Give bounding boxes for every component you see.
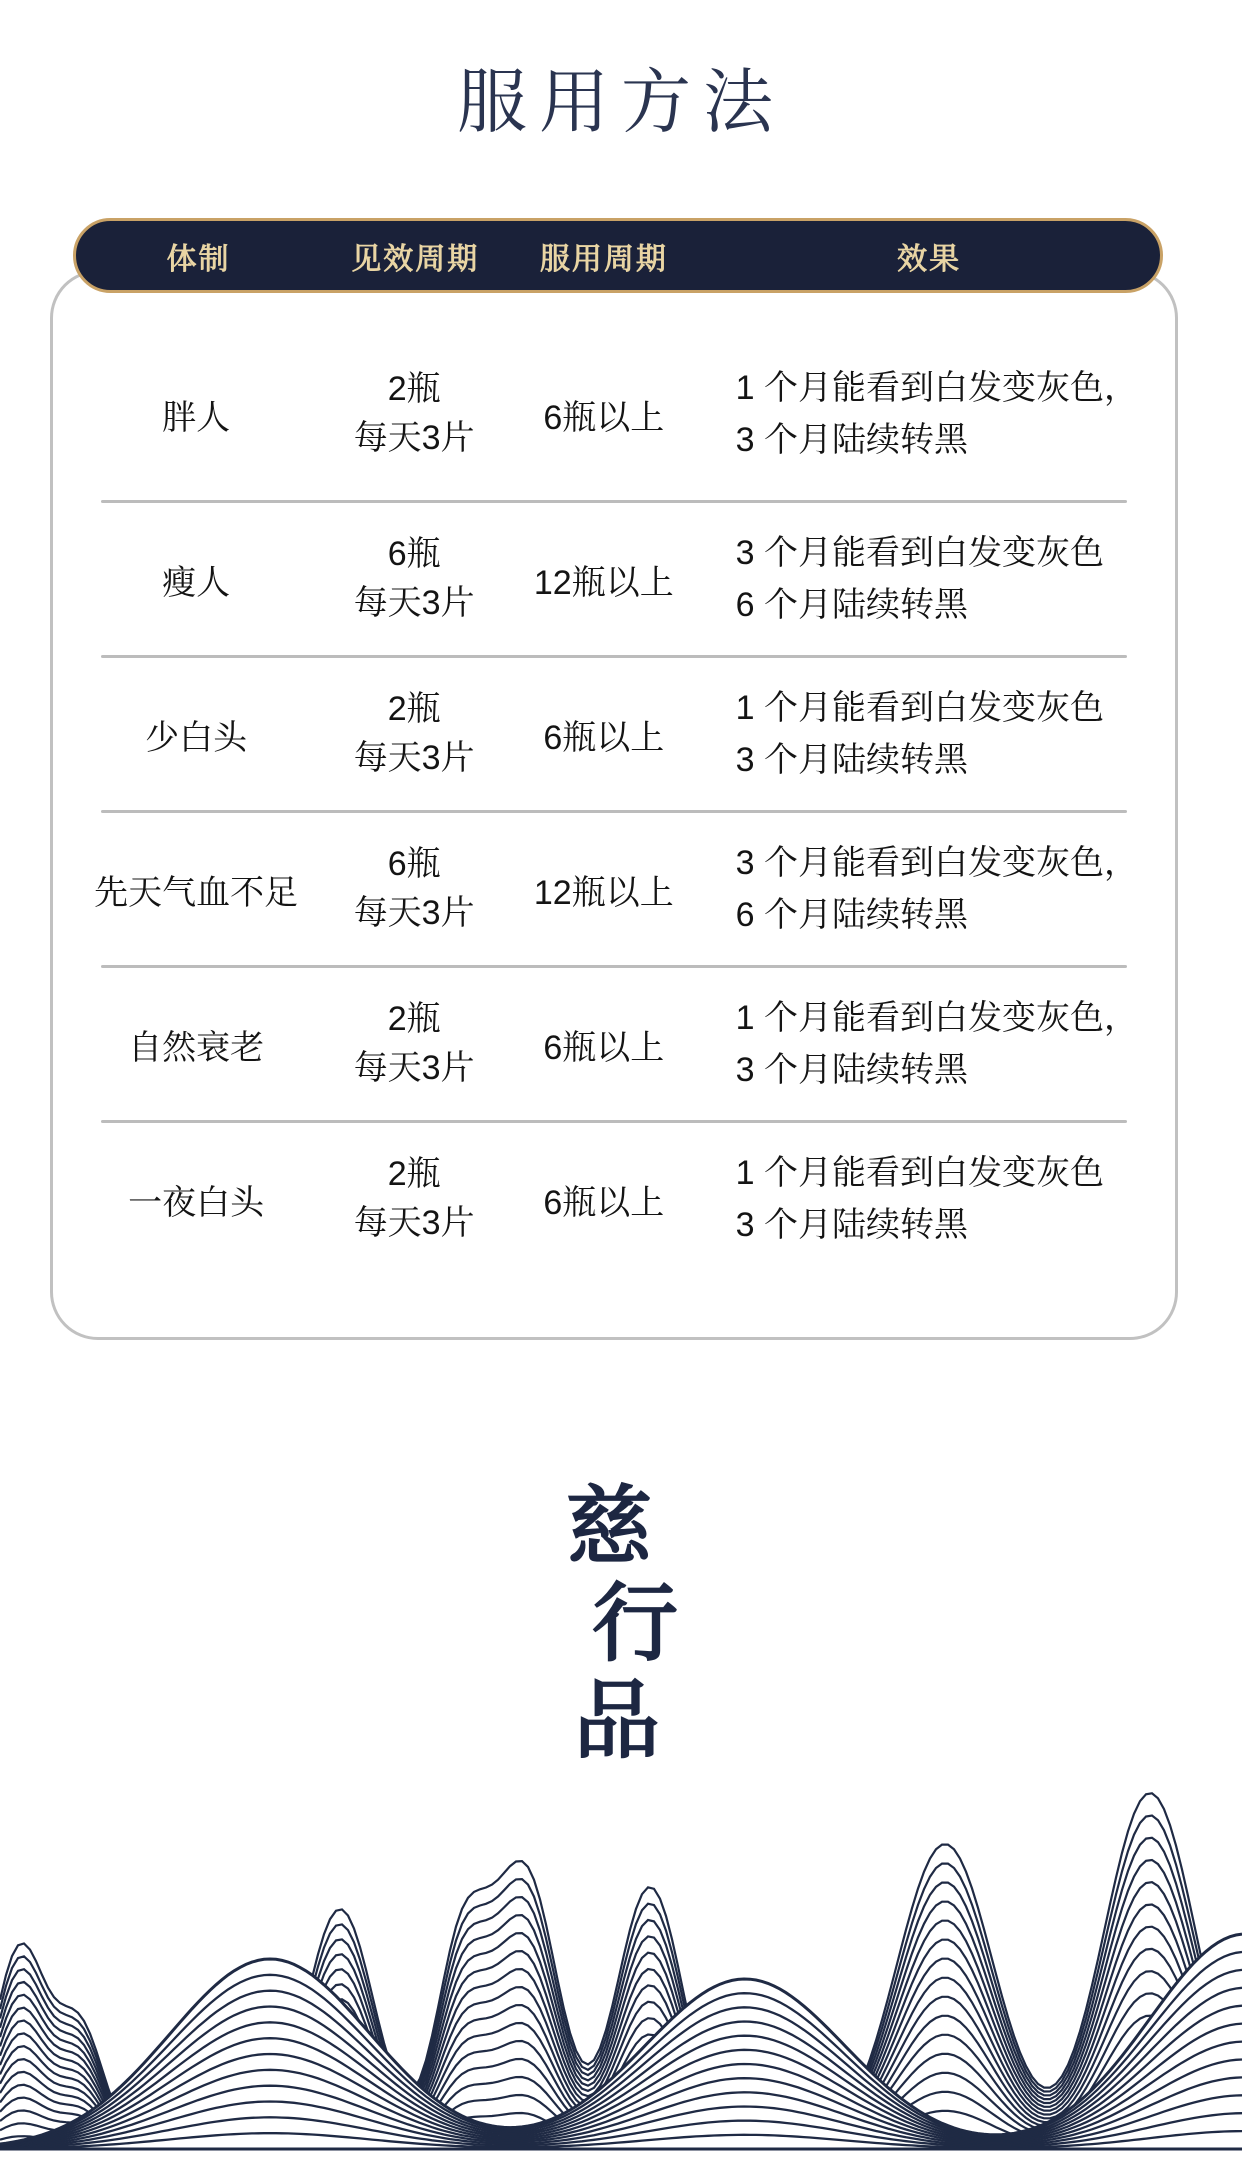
effect-line-2: 3 个月陆续转黑 (736, 1199, 1163, 1251)
onset-line-1: 2瓶 (319, 365, 509, 414)
table-row: 一夜白头 2瓶 每天3片 6瓶以上 1 个月能看到白发变灰色 3 个月陆续转黑 (73, 1123, 1163, 1275)
logo-char-pin: 品 (574, 1672, 660, 1769)
cell-onset-cycle: 2瓶 每天3片 (319, 365, 509, 463)
header-onset-cycle: 见效周期 (321, 234, 510, 278)
onset-line-2: 每天3片 (319, 579, 509, 628)
onset-line-1: 2瓶 (319, 1150, 509, 1199)
brand-logo: 慈 行 品 (0, 1478, 1242, 1769)
cell-dosage-cycle: 6瓶以上 (509, 390, 699, 439)
cell-effect: 3 个月能看到白发变灰色， 6 个月陆续转黑 (699, 837, 1163, 941)
effect-line-2: 3 个月陆续转黑 (736, 414, 1163, 466)
cell-body-type: 一夜白头 (73, 1175, 319, 1224)
onset-line-2: 每天3片 (319, 1044, 509, 1093)
cell-dosage-cycle: 12瓶以上 (509, 555, 699, 604)
effect-line-1: 1 个月能看到白发变灰色， (736, 362, 1163, 414)
cell-onset-cycle: 6瓶 每天3片 (319, 840, 509, 938)
cell-onset-cycle: 2瓶 每天3片 (319, 685, 509, 783)
effect-line-2: 6 个月陆续转黑 (736, 889, 1163, 941)
onset-line-1: 6瓶 (319, 840, 509, 889)
cell-dosage-cycle: 6瓶以上 (509, 1020, 699, 1069)
effect-line-2: 3 个月陆续转黑 (736, 1044, 1163, 1096)
wave-pattern-decoration (0, 1790, 1242, 2157)
cell-onset-cycle: 6瓶 每天3片 (319, 530, 509, 628)
table-row: 瘦人 6瓶 每天3片 12瓶以上 3 个月能看到白发变灰色 6 个月陆续转黑 (73, 503, 1163, 655)
cell-body-type: 自然衰老 (73, 1020, 319, 1069)
cell-effect: 3 个月能看到白发变灰色 6 个月陆续转黑 (699, 527, 1163, 631)
logo-char-xing: 行 (592, 1575, 678, 1672)
table-row: 少白头 2瓶 每天3片 6瓶以上 1 个月能看到白发变灰色 3 个月陆续转黑 (73, 658, 1163, 810)
header-effect: 效果 (698, 234, 1160, 278)
onset-line-1: 2瓶 (319, 685, 509, 734)
table-row: 先天气血不足 6瓶 每天3片 12瓶以上 3 个月能看到白发变灰色， 6 个月陆… (73, 813, 1163, 965)
usage-table-card: 体制 见效周期 服用周期 效果 胖人 2瓶 每天3片 6瓶以上 1 个月能看到白… (50, 270, 1178, 1340)
cell-dosage-cycle: 6瓶以上 (509, 1175, 699, 1224)
cell-onset-cycle: 2瓶 每天3片 (319, 1150, 509, 1248)
wave-contour-lines-art (0, 1790, 1242, 2157)
effect-line-1: 3 个月能看到白发变灰色 (736, 527, 1163, 579)
cell-effect: 1 个月能看到白发变灰色， 3 个月陆续转黑 (699, 992, 1163, 1096)
table-row: 自然衰老 2瓶 每天3片 6瓶以上 1 个月能看到白发变灰色， 3 个月陆续转黑 (73, 968, 1163, 1120)
cell-onset-cycle: 2瓶 每天3片 (319, 995, 509, 1093)
cell-effect: 1 个月能看到白发变灰色， 3 个月陆续转黑 (699, 362, 1163, 466)
onset-line-1: 6瓶 (319, 530, 509, 579)
effect-line-1: 3 个月能看到白发变灰色， (736, 837, 1163, 889)
cell-body-type: 先天气血不足 (73, 865, 319, 914)
header-dosage-cycle: 服用周期 (510, 234, 699, 278)
effect-line-1: 1 个月能看到白发变灰色， (736, 992, 1163, 1044)
onset-line-2: 每天3片 (319, 734, 509, 783)
effect-line-2: 6 个月陆续转黑 (736, 579, 1163, 631)
onset-line-1: 2瓶 (319, 995, 509, 1044)
cell-body-type: 胖人 (73, 390, 319, 439)
onset-line-2: 每天3片 (319, 1199, 509, 1248)
effect-line-1: 1 个月能看到白发变灰色 (736, 682, 1163, 734)
table-row: 胖人 2瓶 每天3片 6瓶以上 1 个月能看到白发变灰色， 3 个月陆续转黑 (73, 328, 1163, 500)
effect-line-2: 3 个月陆续转黑 (736, 734, 1163, 786)
cell-effect: 1 个月能看到白发变灰色 3 个月陆续转黑 (699, 1147, 1163, 1251)
cell-effect: 1 个月能看到白发变灰色 3 个月陆续转黑 (699, 682, 1163, 786)
table-body: 胖人 2瓶 每天3片 6瓶以上 1 个月能看到白发变灰色， 3 个月陆续转黑 瘦… (53, 273, 1175, 1275)
onset-line-2: 每天3片 (319, 414, 509, 463)
cell-body-type: 瘦人 (73, 555, 319, 604)
cell-dosage-cycle: 12瓶以上 (509, 865, 699, 914)
logo-char-ci: 慈 (566, 1478, 652, 1575)
page-title: 服用方法 (0, 46, 1242, 147)
cell-dosage-cycle: 6瓶以上 (509, 710, 699, 759)
onset-line-2: 每天3片 (319, 889, 509, 938)
table-header-pill: 体制 见效周期 服用周期 效果 (73, 218, 1163, 293)
header-body-type: 体制 (76, 234, 321, 278)
effect-line-1: 1 个月能看到白发变灰色 (736, 1147, 1163, 1199)
cell-body-type: 少白头 (73, 710, 319, 759)
